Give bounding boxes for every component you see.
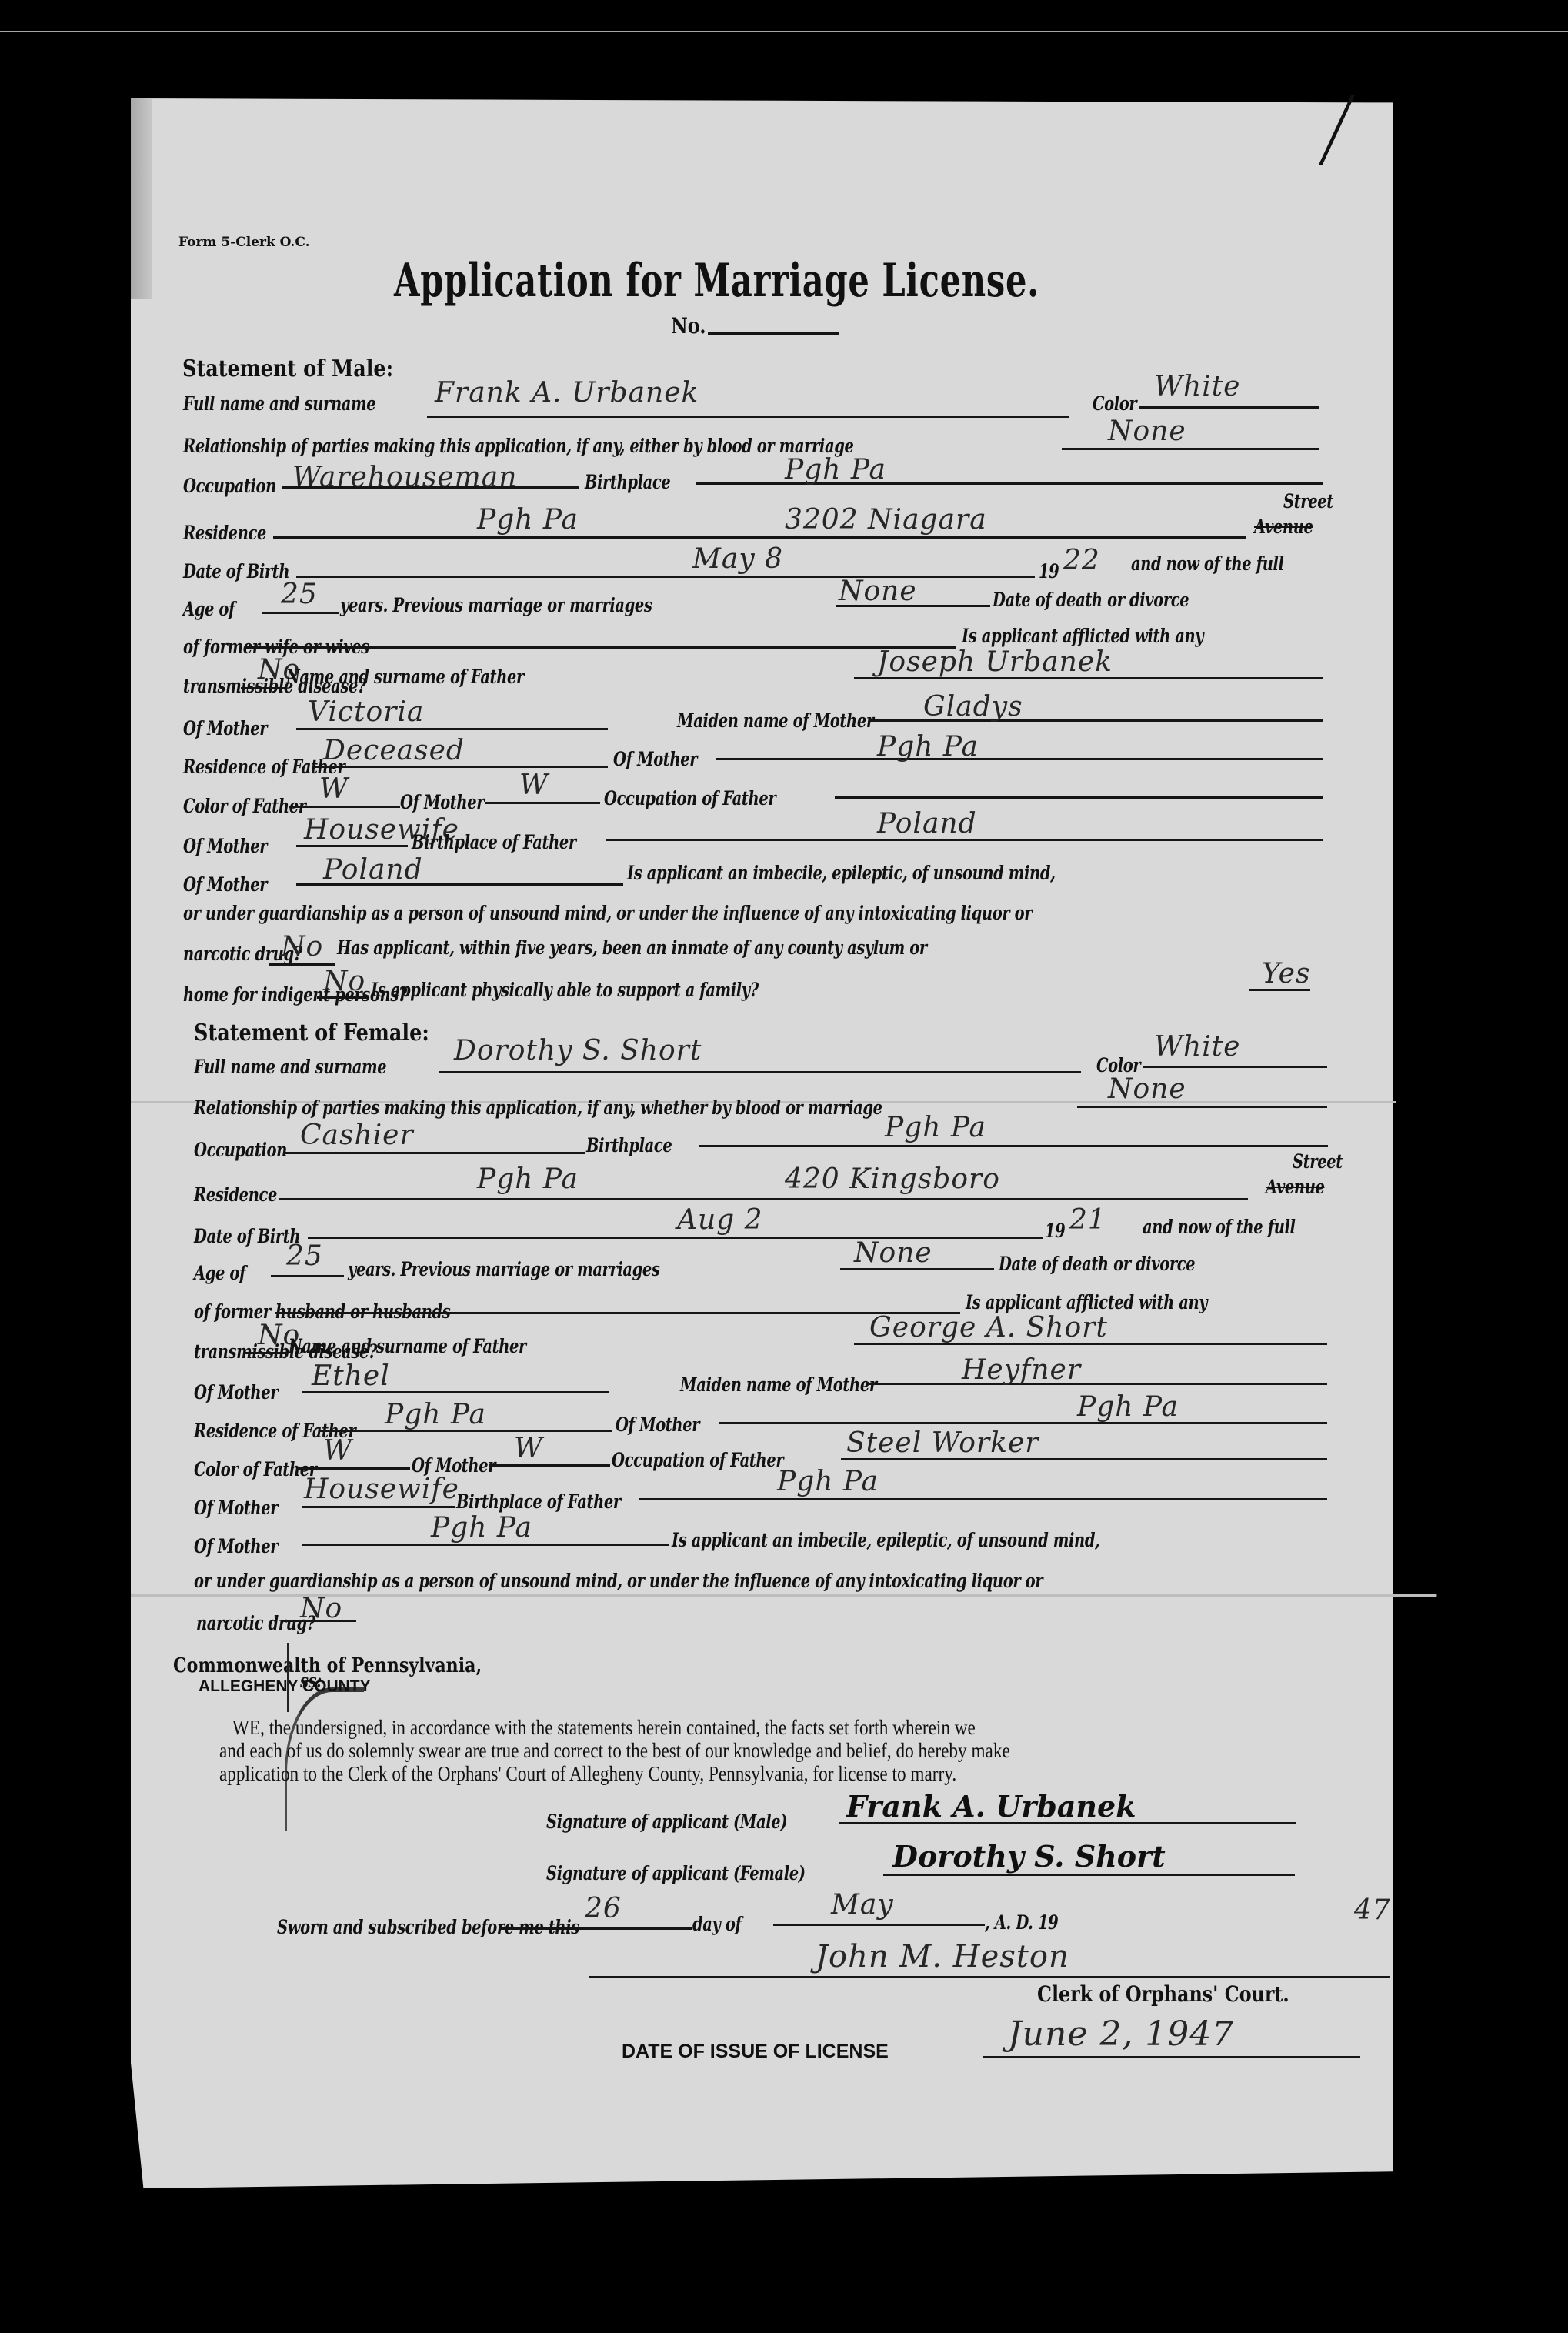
female-color-father-value: W: [323, 1435, 352, 1467]
female-occupation-mother-value: Housewife: [304, 1474, 459, 1505]
male-narcotic-value: No: [281, 931, 323, 963]
bracket: [287, 1643, 289, 1712]
issue-date-field[interactable]: [983, 2056, 1360, 2058]
page-title: Application for Marriage License.: [394, 254, 1039, 308]
male-birthplace-mother-value: Poland: [323, 854, 423, 886]
male-color-value: White: [1154, 371, 1240, 402]
sworn-month-field[interactable]: [773, 1924, 985, 1926]
label: Full name and surname: [183, 392, 375, 415]
label: Birthplace: [585, 471, 670, 493]
label: or under guardianship as a person of uns…: [183, 902, 1032, 924]
male-occupation-value: Warehouseman: [292, 462, 517, 493]
female-birth-year-value: 21: [1069, 1204, 1106, 1236]
female-former-spouse-field[interactable]: [275, 1312, 960, 1314]
clerk-title: Clerk of Orphans' Court.: [1037, 1981, 1289, 2007]
female-birthplace-mother-value: Pgh Pa: [431, 1512, 532, 1544]
label: Occupation of Father: [612, 1449, 783, 1471]
label: Of Mother: [194, 1381, 278, 1403]
male-mother-name-value: Victoria: [308, 696, 424, 728]
male-previous-marriages-value: None: [839, 576, 917, 607]
male-residence-address-value: 3202 Niagara: [785, 504, 987, 536]
label: Is applicant an imbecile, epileptic, of …: [627, 862, 1055, 884]
label: and now of the full: [1131, 552, 1284, 575]
male-home-indigent-value: No: [323, 966, 365, 997]
issue-date-label: DATE OF ISSUE OF LICENSE: [622, 2041, 889, 2063]
scan-border-line: [0, 31, 1568, 32]
commonwealth-label: Commonwealth of Pennsylvania,: [173, 1654, 482, 1677]
male-residence-field[interactable]: [273, 536, 1246, 539]
label: Date of Birth: [183, 560, 289, 582]
label: Is applicant afflicted with any: [962, 625, 1203, 647]
avenue-label: Avenue: [1254, 516, 1313, 538]
label: or under guardianship as a person of uns…: [194, 1570, 1043, 1592]
male-color-mother-field[interactable]: [485, 802, 600, 804]
male-dob-value: May 8: [692, 543, 783, 575]
label: Of Mother: [616, 1413, 699, 1436]
label: Color of Father: [183, 795, 306, 817]
label: Relationship of parties making this appl…: [183, 435, 853, 457]
female-residence-field[interactable]: [279, 1198, 1248, 1200]
male-occupation-father-field[interactable]: [835, 796, 1323, 799]
label: and now of the full: [1143, 1216, 1296, 1238]
label: Of Mother: [183, 835, 267, 857]
label: Occupation: [194, 1139, 287, 1161]
male-mother-maiden-value: Gladys: [923, 691, 1023, 723]
label: Date of death or divorce: [999, 1253, 1195, 1275]
label: years. Previous marriage or marriages: [348, 1258, 659, 1280]
label: Name and surname of Father: [286, 666, 524, 688]
street-label: Street: [1293, 1150, 1343, 1173]
street-label: Street: [1283, 490, 1333, 512]
male-residence-father-value: Deceased: [323, 735, 465, 766]
male-former-spouse-field[interactable]: [245, 646, 956, 649]
female-occupation-field[interactable]: [283, 1152, 585, 1154]
male-father-name-value: Joseph Urbanek: [877, 646, 1113, 678]
female-occupation-father-value: Steel Worker: [846, 1427, 1039, 1459]
male-age-value: 25: [281, 579, 318, 610]
female-residence-mother-field[interactable]: [719, 1422, 1327, 1424]
female-age-field[interactable]: [271, 1275, 344, 1277]
clerk-signature-field[interactable]: [589, 1976, 1390, 1978]
label: , A. D. 19: [985, 1911, 1058, 1934]
male-age-field[interactable]: [262, 612, 339, 614]
female-residence-mother-value: Pgh Pa: [1077, 1391, 1179, 1423]
female-color-father-field[interactable]: [299, 1467, 410, 1470]
label: Of Mother: [400, 791, 484, 813]
male-full-name-field[interactable]: [427, 416, 1069, 418]
county-label: ALLEGHENY COUNTY: [199, 1677, 371, 1696]
label: Color: [1093, 392, 1136, 415]
male-birthplace-father-value: Poland: [877, 808, 977, 839]
label: Signature of applicant (Male): [546, 1811, 787, 1833]
male-color-field[interactable]: [1139, 406, 1319, 409]
sworn-day-value: 26: [585, 1893, 622, 1924]
female-previous-marriages-value: None: [854, 1237, 932, 1269]
label: Is applicant an imbecile, epileptic, of …: [672, 1529, 1099, 1551]
female-color-value: White: [1154, 1031, 1240, 1063]
female-birthplace-field[interactable]: [699, 1145, 1328, 1147]
male-transmissible-field[interactable]: [241, 687, 287, 689]
female-occupation-value: Cashier: [300, 1120, 414, 1151]
male-residence-city-value: Pgh Pa: [477, 504, 579, 536]
male-relationship-value: None: [1108, 416, 1186, 447]
male-birth-year-value: 22: [1063, 545, 1100, 576]
female-father-name-value: George A. Short: [869, 1312, 1108, 1343]
female-transmissible-field[interactable]: [243, 1352, 287, 1354]
female-full-name-field[interactable]: [439, 1071, 1081, 1073]
label: Full name and surname: [194, 1056, 386, 1078]
label: Residence: [183, 522, 266, 544]
male-dob-field[interactable]: [296, 576, 1035, 578]
label: Of Mother: [194, 1535, 278, 1557]
label: Age of: [194, 1262, 245, 1284]
label: Date of death or divorce: [993, 589, 1189, 611]
label: Maiden name of Mother: [677, 709, 874, 732]
label: Is applicant physically able to support …: [371, 979, 759, 1001]
male-color-father-value: W: [319, 773, 349, 805]
oath-statement-line-2: and each of us do solemnly swear are tru…: [219, 1739, 1010, 1763]
label: Of Mother: [183, 873, 267, 896]
female-signature-value: Dorothy S. Short: [892, 1839, 1166, 1874]
female-mother-maiden-value: Heyfner: [962, 1354, 1081, 1386]
label: Of Mother: [194, 1497, 278, 1519]
label: Signature of applicant (Female): [546, 1862, 806, 1884]
female-relationship-value: None: [1108, 1073, 1186, 1105]
female-color-field[interactable]: [1143, 1066, 1327, 1068]
ss-label: ss:: [300, 1670, 322, 1692]
label: Relationship of parties making this appl…: [194, 1096, 882, 1119]
female-birthplace-father-value: Pgh Pa: [777, 1466, 879, 1497]
form-number: Form 5-Clerk O.C.: [178, 235, 310, 250]
female-color-mother-field[interactable]: [489, 1464, 610, 1467]
male-signature-value: Frank A. Urbanek: [846, 1789, 1136, 1824]
female-mother-name-value: Ethel: [312, 1360, 390, 1392]
male-residence-mother-field[interactable]: [716, 758, 1323, 760]
female-residence-address-value: 420 Kingsboro: [785, 1163, 1000, 1195]
label: Of Mother: [183, 717, 267, 739]
avenue-label: Avenue: [1266, 1176, 1325, 1198]
male-birthplace-value: Pgh Pa: [785, 454, 886, 486]
issue-date-value: June 2, 1947: [1008, 2014, 1234, 2054]
sworn-month-value: May: [831, 1889, 894, 1921]
female-birthplace-father-field[interactable]: [639, 1498, 1327, 1500]
female-birthplace-mother-field[interactable]: [302, 1544, 669, 1546]
female-residence-city-value: Pgh Pa: [477, 1163, 579, 1195]
oath-statement-line-3: application to the Clerk of the Orphans'…: [219, 1762, 956, 1786]
label: narcotic drug?: [196, 1612, 315, 1634]
female-color-mother-value: W: [514, 1433, 543, 1464]
male-mother-name-field[interactable]: [296, 728, 608, 730]
female-dob-value: Aug 2: [677, 1204, 763, 1236]
year-prefix: 19: [1039, 560, 1059, 582]
female-birthplace-value: Pgh Pa: [885, 1112, 986, 1143]
label: Residence: [194, 1183, 277, 1206]
label: Age of: [183, 598, 235, 620]
female-narcotic-value: No: [300, 1593, 342, 1624]
label: Occupation of Father: [604, 787, 776, 809]
female-signature-field[interactable]: [883, 1874, 1295, 1876]
oath-statement-line-1: WE, the undersigned, in accordance with …: [232, 1716, 976, 1740]
male-color-father-field[interactable]: [289, 806, 400, 808]
label: Date of Birth: [194, 1225, 300, 1247]
label: day of: [692, 1913, 741, 1935]
label: Birthplace of Father: [456, 1490, 621, 1513]
label: Birthplace of Father: [412, 831, 576, 853]
female-residence-father-value: Pgh Pa: [385, 1399, 486, 1430]
male-residence-mother-value: Pgh Pa: [877, 731, 979, 763]
label: Of Mother: [613, 748, 697, 770]
clerk-signature-value: John M. Heston: [816, 1939, 1069, 1974]
male-support-family-value: Yes: [1262, 958, 1310, 990]
sworn-day-field[interactable]: [500, 1927, 692, 1930]
label: years. Previous marriage or marriages: [340, 594, 652, 616]
female-heading: Statement of Female:: [194, 1020, 429, 1046]
year-prefix: 19: [1045, 1220, 1065, 1242]
label: Is applicant afflicted with any: [966, 1291, 1207, 1313]
male-relationship-field[interactable]: [1062, 448, 1319, 450]
label: Name and surname of Father: [289, 1335, 526, 1357]
female-full-name-value: Dorothy S. Short: [454, 1035, 702, 1066]
number-label: No.: [671, 313, 706, 339]
label: Maiden name of Mother: [680, 1373, 877, 1396]
number-field[interactable]: [708, 332, 839, 335]
female-occupation-mother-field[interactable]: [302, 1506, 455, 1508]
label: Has applicant, within five years, been a…: [337, 936, 927, 959]
sworn-year-value: 47: [1354, 1894, 1391, 1926]
female-mother-maiden-field[interactable]: [869, 1383, 1327, 1385]
label: Occupation: [183, 475, 276, 497]
female-relationship-field[interactable]: [1077, 1106, 1327, 1108]
label: Birthplace: [586, 1134, 672, 1156]
male-heading: Statement of Male:: [182, 355, 393, 382]
male-color-mother-value: W: [519, 769, 549, 801]
male-full-name-value: Frank A. Urbanek: [435, 377, 699, 409]
female-age-value: 25: [286, 1240, 323, 1272]
